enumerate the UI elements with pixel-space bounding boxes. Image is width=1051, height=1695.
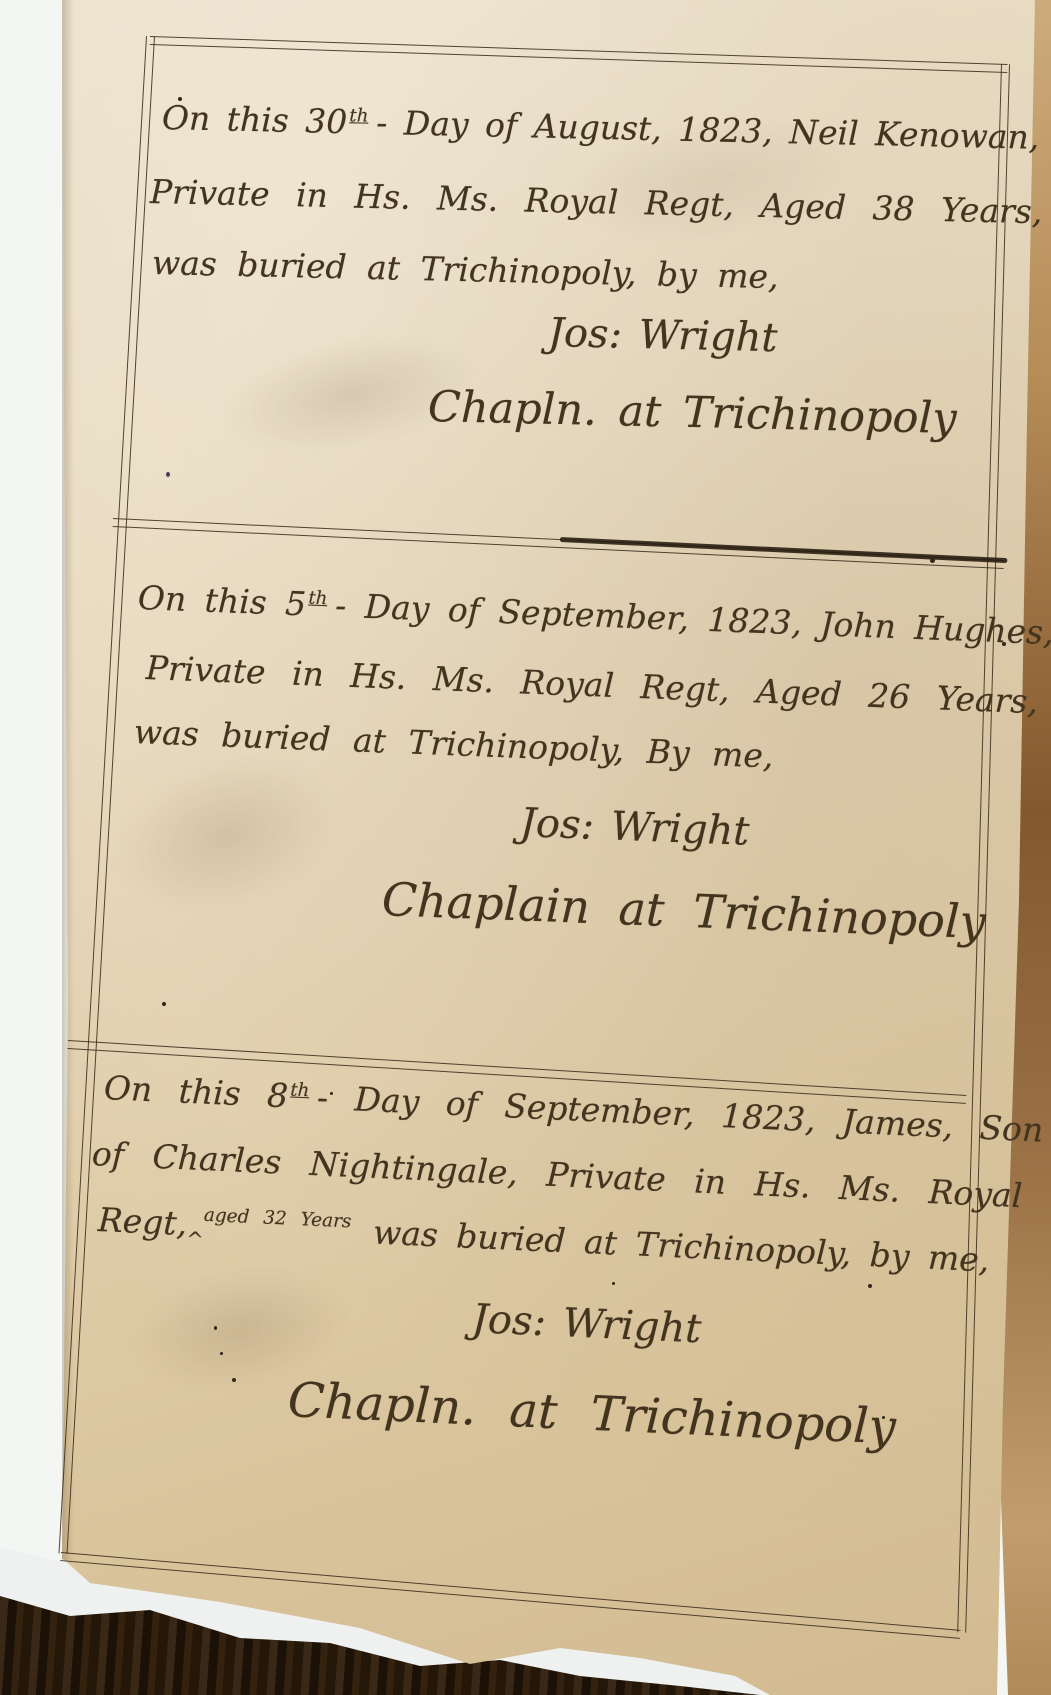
entry-day-number: 8 <box>266 1075 289 1115</box>
ink-speck <box>178 97 182 101</box>
ink-speck <box>330 1092 333 1095</box>
ink-speck <box>882 1416 885 1419</box>
entry-opening-pre: On this <box>137 578 267 622</box>
entry-day-ordinal: th <box>349 105 368 126</box>
ink-speck <box>868 1284 872 1288</box>
ink-speck <box>612 1282 615 1285</box>
ink-speck <box>1002 642 1006 646</box>
entry-opening-pre: On this <box>103 1068 241 1113</box>
signature: Jos: Wright <box>519 800 750 855</box>
entry-opening-pre: On this <box>162 98 290 140</box>
photo-canvas: On this 30th- Day of August, 1823, Neil … <box>0 0 1051 1695</box>
signature: Jos: Wright <box>547 310 778 361</box>
entry-line3-pre: Regt, <box>97 1200 188 1243</box>
ink-speck <box>214 1326 217 1330</box>
insertion-caret: ^ <box>186 1227 204 1252</box>
ink-speck <box>162 1002 166 1006</box>
ink-speck <box>930 558 935 563</box>
entry-day-number: 5 <box>284 584 306 624</box>
entry-day-number: 30 <box>305 101 348 141</box>
entry-day-ordinal: th <box>308 588 328 610</box>
ink-speck <box>166 472 170 477</box>
ink-speck <box>220 1352 223 1355</box>
entry-day-ordinal: th <box>290 1079 310 1101</box>
ink-speck <box>232 1378 236 1382</box>
